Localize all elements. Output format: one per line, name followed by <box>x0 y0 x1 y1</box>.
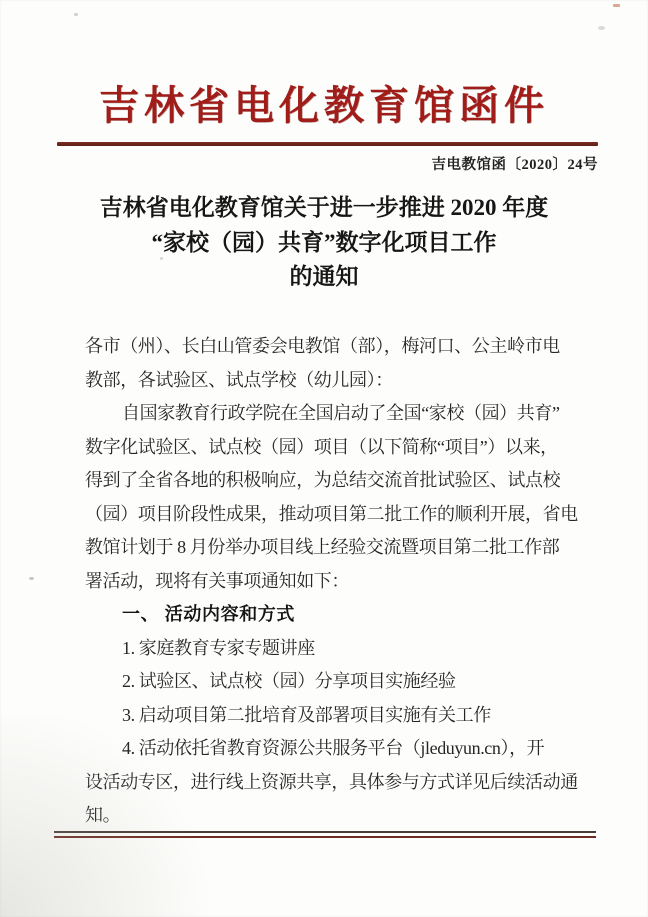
body-line: 自国家教育行政学院在全国启动了全国“家校（园）共育” <box>85 397 590 431</box>
body-line: 教馆计划于 8 月份举办项目线上经验交流暨项目第二批工作部 <box>85 531 590 565</box>
body-line: 数字化试验区、试点校（园）项目（以下简称“项目”）以来， <box>85 431 590 465</box>
letterhead-title: 吉林省电化教育馆函件 <box>0 84 648 128</box>
notice-title-line-2: “家校（园）共育”数字化项目工作 <box>30 226 618 261</box>
notice-title: 吉林省电化教育馆关于进一步推进 2020 年度 “家校（园）共育”数字化项目工作… <box>30 191 618 295</box>
letterhead-rule <box>57 142 598 146</box>
body-line: 得到了全省各地的积极响应，为总结交流首批试验区、试点校 <box>85 464 590 498</box>
body-line: 署活动，现将有关事项通知如下： <box>85 565 590 599</box>
body-line: 3. 启动项目第二批培育及部署项目实施有关工作 <box>85 699 590 733</box>
body-line: 1. 家庭教育专家专题讲座 <box>85 632 590 666</box>
document-number: 吉电教馆函〔2020〕24号 <box>432 153 599 174</box>
body-line: 一、 活动内容和方式 <box>85 598 590 632</box>
body-line: 设活动专区，进行线上资源共享，具体参与方式详见后续活动通 <box>85 766 590 800</box>
scan-speck <box>74 13 78 16</box>
notice-body: 各市（州）、长白山管委会电教馆（部），梅河口、公主岭市电教部，各试验区、试点学校… <box>85 330 590 833</box>
footer-rule <box>54 831 596 838</box>
notice-title-line-1: 吉林省电化教育馆关于进一步推进 2020 年度 <box>30 191 618 226</box>
body-line: 知。 <box>85 799 590 833</box>
scan-speck <box>613 4 620 7</box>
body-line: 教部，各试验区、试点学校（幼儿园）： <box>85 364 590 398</box>
scanned-letter-page: 吉林省电化教育馆函件 吉电教馆函〔2020〕24号 吉林省电化教育馆关于进一步推… <box>0 0 648 917</box>
scan-speck <box>29 577 34 580</box>
body-line: 2. 试验区、试点校（园）分享项目实施经验 <box>85 665 590 699</box>
scan-speck <box>598 26 605 30</box>
notice-title-line-3: 的通知 <box>30 260 618 295</box>
body-line: 4. 活动依托省教育资源公共服务平台（jleduyun.cn），开 <box>85 732 590 766</box>
body-line: 各市（州）、长白山管委会电教馆（部），梅河口、公主岭市电 <box>85 330 590 364</box>
body-line: （园）项目阶段性成果，推动项目第二批工作的顺利开展，省电 <box>85 498 590 532</box>
